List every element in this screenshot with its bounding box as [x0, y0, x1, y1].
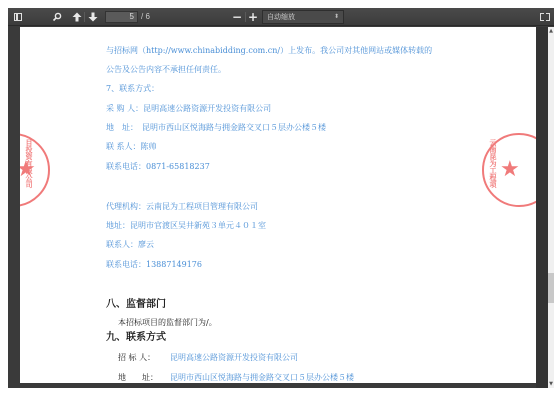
text-line: 代理机构：云南昆为工程项目管理有限公司 [106, 202, 258, 212]
previous-page-button[interactable] [70, 10, 84, 24]
section-heading: 九、联系方式 [106, 332, 166, 344]
sidebar-icon [14, 13, 22, 21]
document-page: ★ 目投资有限公司 ★ 云南昆为工程项 与招标网（http://www.chin… [20, 27, 536, 383]
section-heading: 八、监督部门 [106, 299, 166, 311]
page-number-input[interactable]: 5 [105, 11, 138, 23]
text-line: 7、联系方式： [106, 84, 159, 94]
seal-text: 目投资有限公司 [24, 139, 34, 188]
tenderer-label: 招 标 人： [118, 353, 155, 363]
page-gutter [536, 27, 548, 388]
text-line: 公告及公告内容不承担任何责任。 [106, 65, 226, 75]
text-line: 采 购 人：昆明高速公路资源开发投资有限公司 [106, 104, 271, 114]
zoom-select[interactable]: 自动缩放 ⬍ [262, 10, 344, 24]
zoom-out-button[interactable]: − [230, 10, 244, 24]
text-line: 联系电话：13887149176 [106, 260, 202, 270]
scroll-up-icon[interactable]: ▲ [548, 28, 554, 34]
vertical-scrollbar[interactable]: ▲ ▼ [548, 27, 554, 388]
zoom-in-button[interactable]: + [246, 10, 260, 24]
star-icon: ★ [500, 159, 520, 181]
sidebar-toggle-button[interactable] [12, 10, 26, 24]
section-body: 本招标项目的监督部门为/。 [118, 318, 217, 328]
seal-text: 云南昆为工程项 [488, 139, 498, 188]
address-label: 地 址： [118, 373, 158, 383]
search-button[interactable] [50, 10, 64, 24]
toolbar-separator [84, 12, 85, 22]
text-line: 地 址： 昆明市西山区悦海路与拥金路交叉口５层办公楼５楼 [106, 123, 326, 133]
select-arrows-icon: ⬍ [334, 11, 339, 23]
pdf-viewer: 5 / 6 − + 自动缩放 ⬍ ★ 目投资有限公司 ★ 云南昆为工程项 [8, 8, 554, 388]
scroll-down-icon[interactable]: ▼ [548, 381, 554, 387]
toolbar: 5 / 6 − + 自动缩放 ⬍ [8, 8, 554, 26]
company-seal-left: ★ 目投资有限公司 [20, 133, 50, 207]
page-total: / 6 [141, 11, 150, 23]
tenderer-value: 昆明高速公路资源开发投资有限公司 [170, 353, 298, 363]
zoom-select-value: 自动缩放 [267, 13, 295, 21]
scrollbar-thumb[interactable] [548, 273, 554, 303]
company-seal-right: ★ 云南昆为工程项 [482, 133, 536, 207]
text-line: 联系电话：0871-65818237 [106, 162, 210, 172]
address-value: 昆明市西山区悦海路与拥金路交叉口５层办公楼５楼 [170, 373, 354, 383]
next-page-button[interactable] [86, 10, 100, 24]
arrow-up-icon [72, 12, 82, 22]
text-line: 地址：昆明市官渡区吴井新苑３单元４０１室 [106, 221, 266, 231]
search-icon [52, 12, 62, 22]
text-line: 联系人：廖云 [106, 240, 154, 250]
presentation-mode-button[interactable] [538, 10, 552, 24]
arrow-down-icon [88, 12, 98, 22]
text-line: 联 系人：陈帅 [106, 142, 157, 152]
text-line: 与招标网（http://www.chinabidding.com.cn/）上发布… [106, 46, 432, 56]
